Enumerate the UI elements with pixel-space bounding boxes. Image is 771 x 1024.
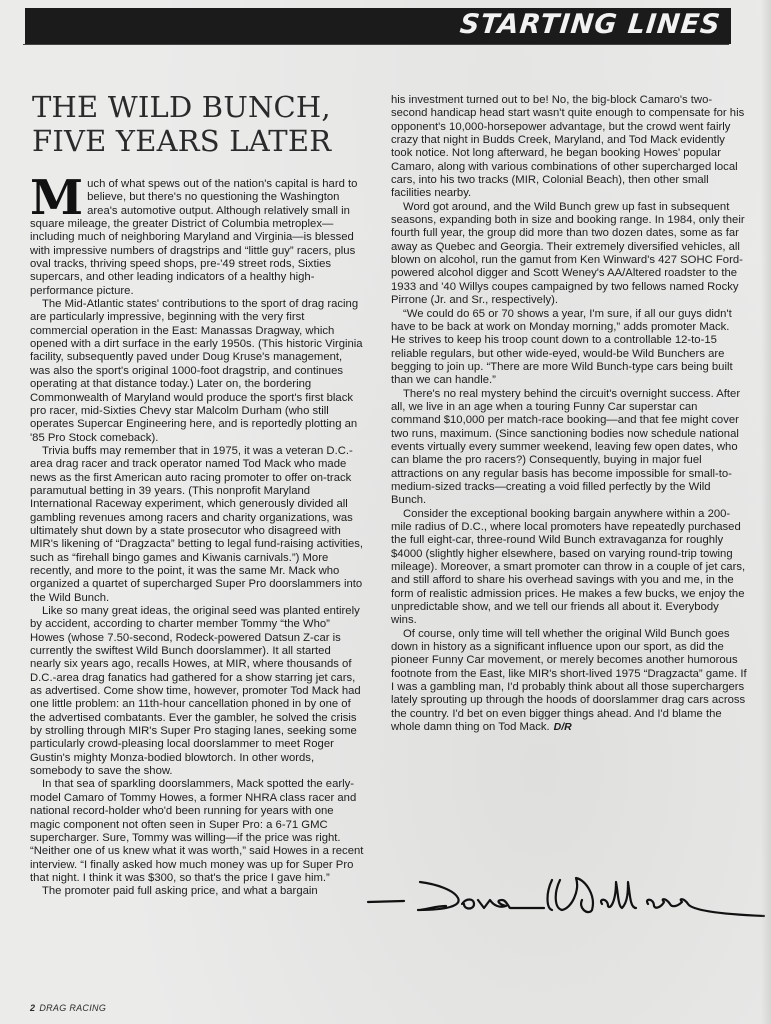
- paragraph-6-continued: his investment turned out to be! No, the…: [391, 94, 747, 201]
- headline-line-1: THE WILD BUNCH,: [32, 90, 331, 124]
- paragraph-1: Much of what spews out of the nation's c…: [30, 178, 364, 298]
- paragraph-7: Word got around, and the Wild Bunch grew…: [391, 201, 747, 308]
- page-edge-shadow: [761, 0, 771, 1024]
- paragraph-8: “We could do 65 or 70 shows a year, I'm …: [391, 308, 747, 388]
- author-signature: Dave Wallace: [366, 870, 766, 940]
- banner-rule: [23, 44, 729, 45]
- article-column-right: his investment turned out to be! No, the…: [391, 94, 747, 735]
- page-footer: 2DRAG RACING: [30, 1003, 106, 1013]
- paragraph-10: Consider the exceptional booking bargain…: [391, 508, 747, 628]
- paragraph-3: Trivia buffs may remember that in 1975, …: [30, 445, 364, 605]
- paragraph-9: There's no real mystery behind the circu…: [391, 388, 747, 508]
- article-column-left: Much of what spews out of the nation's c…: [30, 178, 364, 899]
- section-title: STARTING LINES: [459, 8, 723, 42]
- paragraph-6-start: The promoter paid full asking price, and…: [30, 885, 364, 898]
- headline-line-2: FIVE YEARS LATER: [32, 124, 331, 158]
- drop-cap: M: [30, 179, 83, 217]
- paragraph-11: Of course, only time will tell whether t…: [391, 628, 747, 735]
- section-banner: STARTING LINES: [25, 8, 731, 44]
- paragraph-2: The Mid-Atlantic states' contributions t…: [30, 298, 364, 445]
- article-headline: THE WILD BUNCH, FIVE YEARS LATER: [32, 90, 372, 158]
- publication-name: DRAG RACING: [39, 1003, 106, 1013]
- paragraph-4: Like so many great ideas, the original s…: [30, 605, 364, 778]
- page-number: 2: [30, 1003, 35, 1013]
- paragraph-5: In that sea of sparkling doorslammers, M…: [30, 778, 364, 885]
- end-mark: D/R: [554, 721, 572, 733]
